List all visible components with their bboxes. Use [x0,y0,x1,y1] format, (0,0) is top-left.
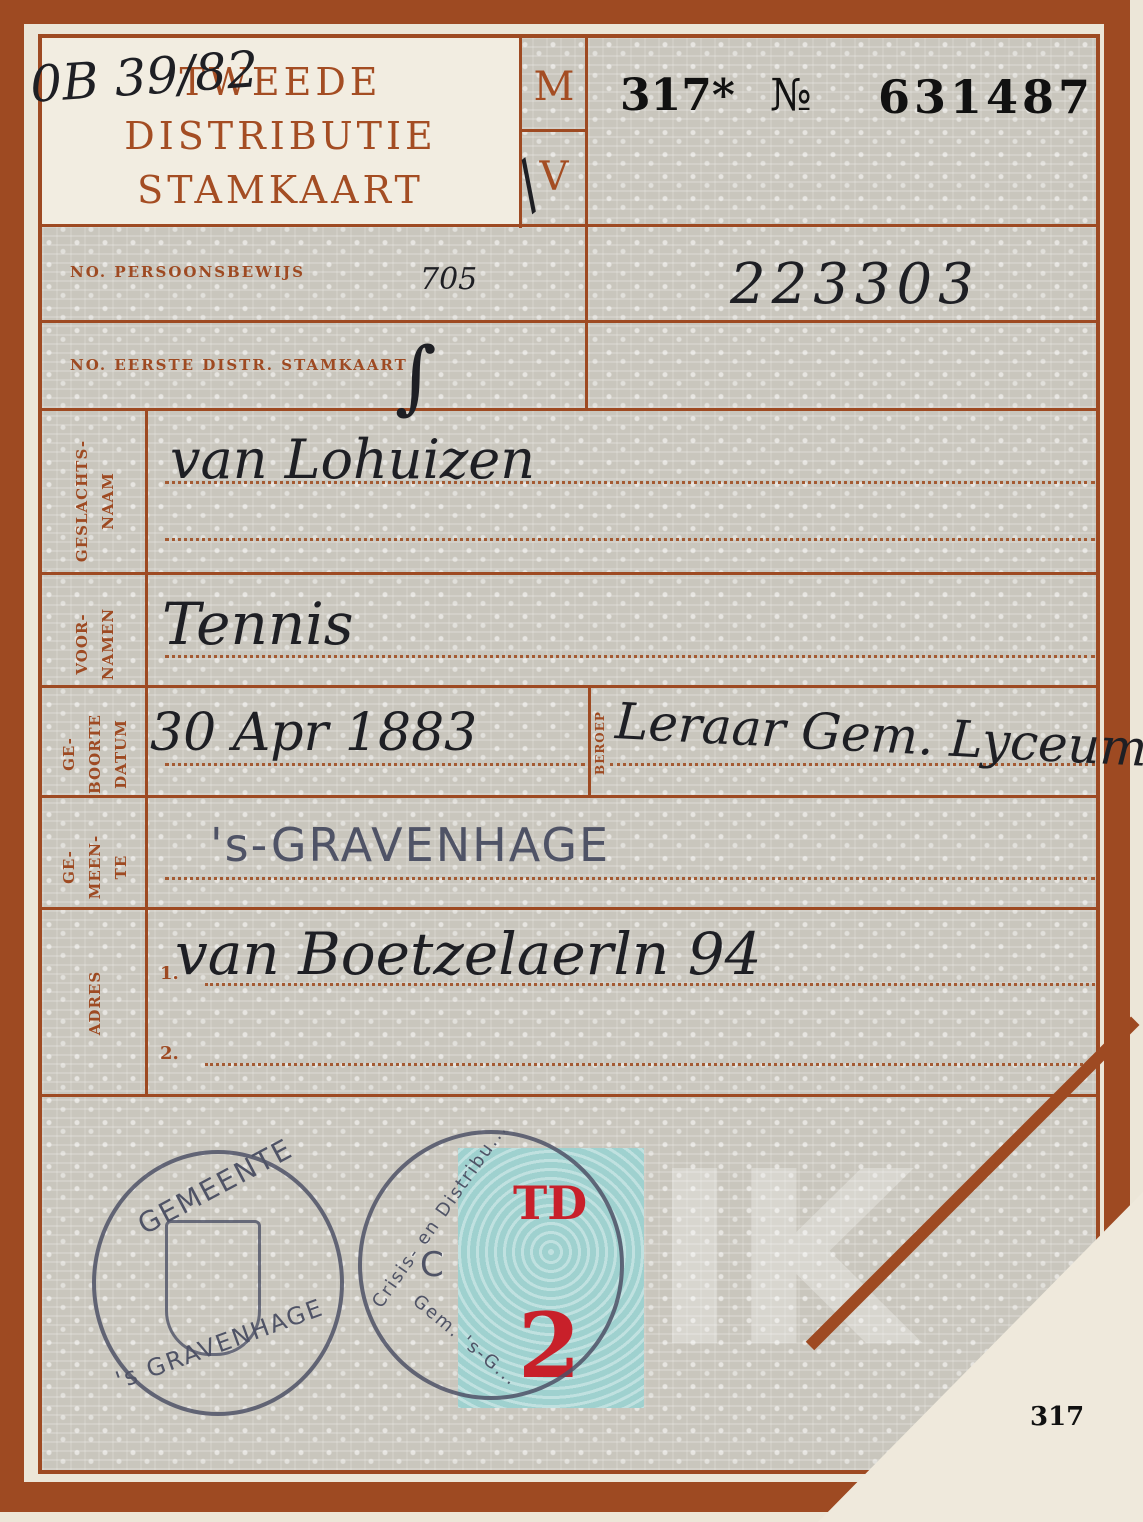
persoonsbewijs-number: 223303 [730,252,980,317]
eerste-stamkaart-mark: ∫ [395,330,437,423]
corner-number: 317 [1030,1402,1084,1432]
sex-option-m: M [525,64,583,110]
value-voornamen: Tennis [162,590,354,658]
divider [40,224,1098,227]
value-gemeente-stamp: 's-GRAVENHAGE [210,818,610,872]
rule [165,763,585,766]
label-eerste-stamkaart: NO. EERSTE DISTR. STAMKAART [70,356,408,374]
label-persoonsbewijs: NO. PERSOONSBEWIJS [70,263,305,281]
divider [40,795,1098,798]
rule [165,877,1095,880]
label-geslachtsnaam: GESLACHTS- NAAM [69,416,121,586]
persoonsbewijs-prefix: 705 [420,262,477,297]
label-adres: ADRES [82,938,108,1068]
value-adres-1: van Boetzelaerln 94 [175,920,762,988]
label-beroep: BEROEP [587,703,613,783]
coat-of-arms-icon [165,1220,261,1356]
title-line-3: STAMKAART [42,168,519,212]
divider [40,1094,1098,1097]
distribution-seal-center: C [420,1245,446,1285]
card-number: 631487 [878,70,1094,124]
rule [205,1063,1095,1066]
adres-line-2-number: 2. [160,1043,179,1064]
series-prefix: 317* [620,70,735,121]
value-geslachtsnaam: van Lohuizen [170,428,535,491]
divider [40,320,1098,323]
divider [145,408,148,1096]
divider [40,408,1098,411]
divider [40,685,1098,688]
label-gemeente: GE- MEEN- TE [56,802,134,932]
title-line-2: DISTRIBUTIE [42,114,519,158]
rule [165,538,1095,541]
number-sign: № [770,70,812,121]
divider [40,572,1098,575]
distribution-card: TWEEDE DISTRIBUTIE STAMKAART 0B 39/82 M … [0,0,1143,1522]
label-geboortedatum: GE- BOORTE DATUM [56,689,134,819]
corner-tab [818,1192,1143,1522]
divider [40,907,1098,910]
value-geboortedatum: 30 Apr 1883 [150,703,477,763]
divider [519,38,522,228]
divider [519,129,587,132]
